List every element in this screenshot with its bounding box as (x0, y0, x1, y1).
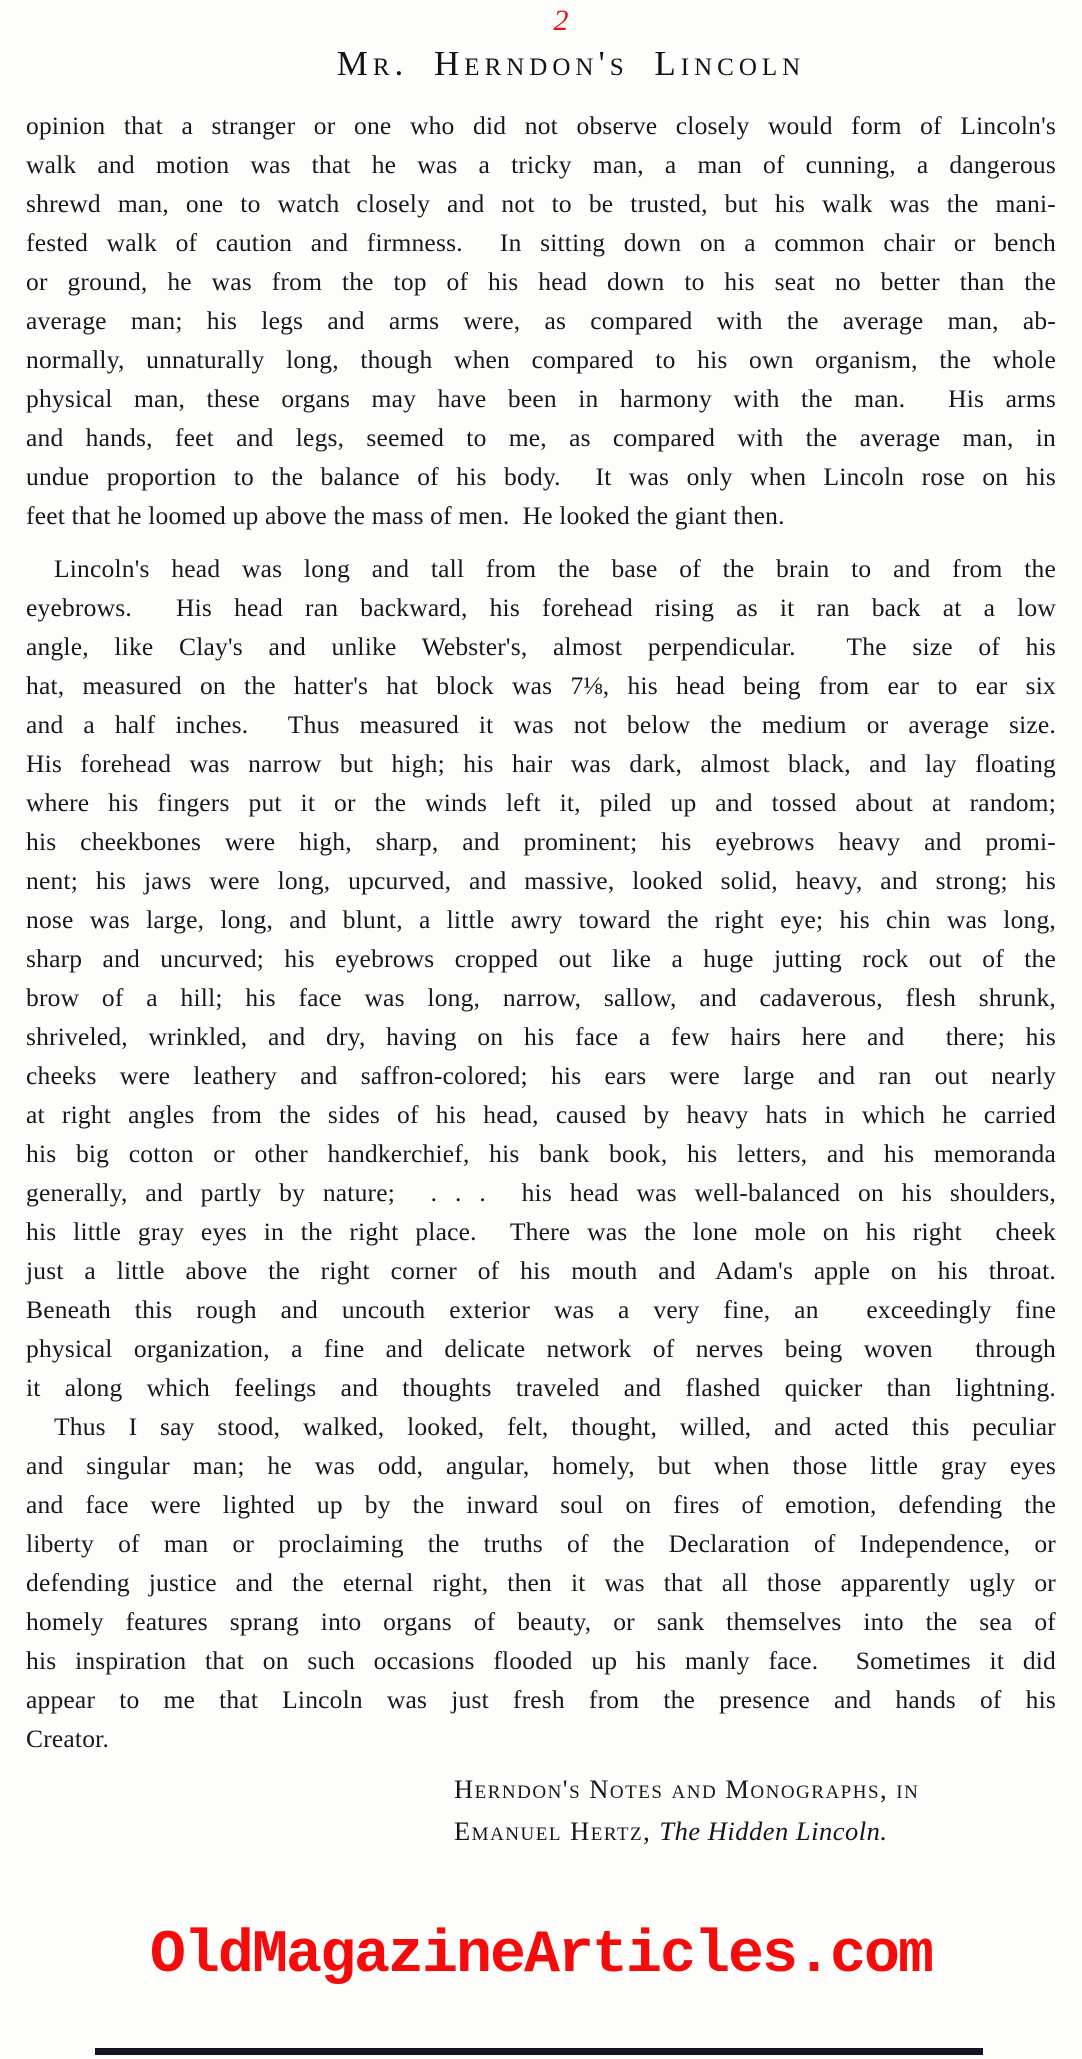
paragraph-thus-i-say: Thus I say stood, walked, looked, felt, … (26, 1407, 1056, 1758)
text-line: Lincoln's head was long and tall from th… (26, 549, 1056, 588)
paragraph-walk-and-motion: opinion that a stranger or one who did n… (26, 106, 1056, 535)
text-line: cheeks were leathery and saffron-colored… (26, 1056, 1056, 1095)
text-line: normally, unnaturally long, though when … (26, 340, 1056, 379)
text-line: and hands, feet and legs, seemed to me, … (26, 418, 1056, 457)
text-line: nose was large, long, and blunt, a littl… (26, 900, 1056, 939)
attribution-editor: Emanuel Hertz, (454, 1816, 659, 1846)
text-line: generally, and partly by nature; . . . h… (26, 1173, 1056, 1212)
text-line: shrewd man, one to watch closely and not… (26, 184, 1056, 223)
text-line: shriveled, wrinkled, and dry, having on … (26, 1017, 1056, 1056)
attribution-source-line: Herndon's Notes and Monographs, in (454, 1768, 1056, 1810)
text-line: Thus I say stood, walked, looked, felt, … (26, 1407, 1056, 1446)
text-line: it along which feelings and thoughts tra… (26, 1368, 1056, 1407)
text-line: physical organization, a fine and delica… (26, 1329, 1056, 1368)
text-line: sharp and uncurved; his eyebrows cropped… (26, 939, 1056, 978)
text-line: opinion that a stranger or one who did n… (26, 106, 1056, 145)
attribution-book-line: Emanuel Hertz, The Hidden Lincoln. (454, 1810, 1056, 1852)
attribution-book-title: The Hidden Lincoln. (659, 1816, 887, 1846)
text-line: at right angles from the sides of his he… (26, 1095, 1056, 1134)
text-line: liberty of man or proclaiming the truths… (26, 1524, 1056, 1563)
text-line: his little gray eyes in the right place.… (26, 1212, 1056, 1251)
text-line: angle, like Clay's and unlike Webster's,… (26, 627, 1056, 666)
text-line: where his fingers put it or the winds le… (26, 783, 1056, 822)
text-line: walk and motion was that he was a tricky… (26, 145, 1056, 184)
text-line: average man; his legs and arms were, as … (26, 301, 1056, 340)
text-line: his cheekbones were high, sharp, and pro… (26, 822, 1056, 861)
text-line: His forehead was narrow but high; his ha… (26, 744, 1056, 783)
text-line: or ground, he was from the top of his he… (26, 262, 1056, 301)
footer-bar (95, 2048, 983, 2055)
text-line: and a half inches. Thus measured it was … (26, 705, 1056, 744)
article-body: opinion that a stranger or one who did n… (26, 106, 1056, 1852)
text-line: Beneath this rough and uncouth exterior … (26, 1290, 1056, 1329)
text-line: just a little above the right corner of … (26, 1251, 1056, 1290)
text-line: appear to me that Lincoln was just fresh… (26, 1680, 1056, 1719)
text-line: physical man, these organs may have been… (26, 379, 1056, 418)
text-line: brow of a hill; his face was long, narro… (26, 978, 1056, 1017)
text-line: hat, measured on the hatter's hat block … (26, 666, 1056, 705)
text-line: defending justice and the eternal right,… (26, 1563, 1056, 1602)
text-line: fested walk of caution and firmness. In … (26, 223, 1056, 262)
text-line: eyebrows. His head ran backward, his for… (26, 588, 1056, 627)
page-title: Mr. Herndon's Lincoln (0, 44, 1082, 84)
text-line: homely features sprang into organs of be… (26, 1602, 1056, 1641)
text-line: and face were lighted up by the inward s… (26, 1485, 1056, 1524)
text-line: his inspiration that on such occasions f… (26, 1641, 1056, 1680)
watermark-oldmagazinearticles: OldMagazineArticles.com (0, 1922, 1082, 1990)
paragraph-lincolns-head: Lincoln's head was long and tall from th… (26, 549, 1056, 1407)
text-line: and singular man; he was odd, angular, h… (26, 1446, 1056, 1485)
text-line: Creator. (26, 1719, 1056, 1758)
text-line: undue proportion to the balance of his b… (26, 457, 1056, 496)
attribution: Herndon's Notes and Monographs, in Emanu… (26, 1768, 1056, 1852)
text-line: feet that he loomed up above the mass of… (26, 496, 1056, 535)
text-line: his big cotton or other handkerchief, hi… (26, 1134, 1056, 1173)
text-line: nent; his jaws were long, upcurved, and … (26, 861, 1056, 900)
page-number: 2 (0, 4, 1082, 38)
